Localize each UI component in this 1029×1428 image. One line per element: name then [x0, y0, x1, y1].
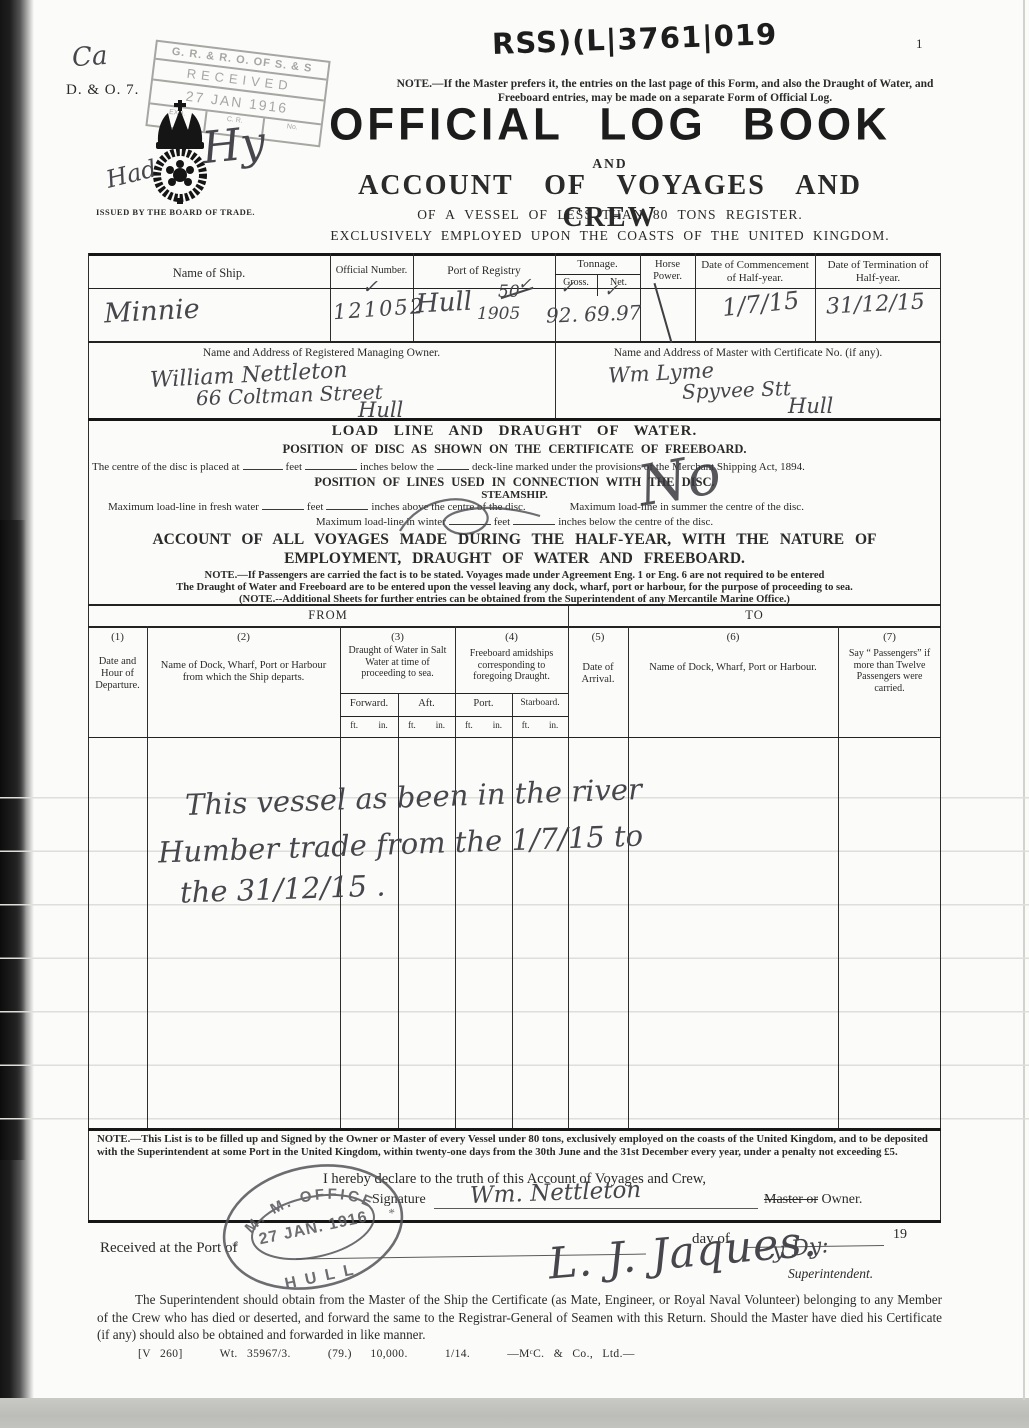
value-owner-street: 66 Coltman Street [196, 380, 383, 411]
col5-label: Date of Arrival. [569, 662, 627, 686]
value-port-year: 1905 [477, 304, 520, 324]
sub-forward: Forward. [340, 698, 398, 709]
col3-number: (3) [340, 631, 455, 643]
col1-number: (1) [88, 631, 147, 643]
voyage-entry-line3: the 31/12/15 . [179, 868, 385, 909]
account-note3: (NOTE.--Additional Sheets for further en… [88, 594, 941, 605]
units-port: ft.in. [455, 720, 512, 730]
units-aft: ft.in. [398, 720, 455, 730]
col6-number: (6) [628, 631, 838, 643]
fresh-seg1: Maximum load-line in fresh water [108, 501, 259, 513]
declaration-note: NOTE.—This List is to be filled up and S… [97, 1133, 937, 1159]
master-or-struck: Master or [764, 1192, 818, 1207]
voyage-from-label: FROM [88, 608, 568, 623]
value-official-number: 121052 [332, 294, 426, 324]
value-commencement: 1/7/15 [721, 286, 801, 322]
sub-port: Port. [455, 698, 512, 709]
header-managing-owner: Name and Address of Registered Managing … [88, 347, 555, 359]
oval-stamp-star-left: * [231, 1238, 240, 1254]
header-tonnage: Tonnage. [555, 258, 640, 270]
tick-gross: ✓ [560, 278, 574, 298]
centre-seg3: inches below the [360, 461, 434, 473]
col7-label: Say “ Passengers” if more than Twelve Pa… [841, 648, 938, 694]
page-number: 1 [916, 36, 923, 52]
page-title: OFFICIAL LOG BOOK [320, 99, 900, 151]
account-title-line1: ACCOUNT OF ALL VOYAGES MADE DURING THE H… [88, 531, 941, 549]
account-title-line2: EMPLOYMENT, DRAUGHT OF WATER AND FREEBOA… [88, 550, 941, 568]
value-master-street: Spyvee Stt [682, 376, 792, 404]
col1-label: Date and Hour of Departure. [89, 656, 146, 692]
crest-caption: ISSUED BY THE BOARD OF TRADE. [96, 207, 255, 217]
col2-label: Name of Dock, Wharf, Port or Harbour fro… [152, 660, 335, 684]
col3-label: Draught of Water in Salt Water at time o… [343, 645, 452, 680]
header-master: Name and Address of Master with Certific… [555, 347, 941, 359]
oval-stamp-bottom-text: HULL [283, 1260, 363, 1293]
tick-official-number: ✓ [362, 276, 378, 298]
unit-ft: ft. [408, 720, 416, 730]
coast-line: EXCLUSIVELY EMPLOYED UPON THE COASTS OF … [320, 228, 900, 244]
units-forward: ft.in. [340, 720, 398, 730]
printer-imprint: [V 260] Wt. 35967/3. (79.) 10,000. 1/14.… [138, 1348, 635, 1360]
units-starboard: ft.in. [512, 720, 568, 730]
deputy-mark: y Dy: [771, 1233, 830, 1264]
header-termination: Date of Termination of Half-year. [817, 259, 939, 285]
header-official-number: Official Number. [330, 265, 413, 276]
header-port-of-registry: Port of Registry [413, 265, 555, 277]
value-master-town: Hull [788, 394, 833, 418]
loadline-centre-line: The centre of the disc is placed atfeeti… [92, 458, 941, 473]
sub-starboard: Starboard. [512, 698, 568, 708]
mm-office-oval-stamp: M. M. OFFICE 27 JAN. 1916 HULL * * [206, 1142, 420, 1313]
header-horse-power: Horse Power. [641, 259, 694, 283]
unit-in: in. [549, 720, 558, 730]
value-name-of-ship: Minnie [103, 294, 200, 330]
loadline-position-disc: POSITION OF DISC AS SHOWN ON THE CERTIFI… [88, 442, 941, 457]
superintendent-footnote: The Superintendent should obtain from th… [97, 1291, 942, 1344]
scanned-page: Ca D. & O. 7. G. R. & R. O. OF S. & S RE… [0, 0, 1029, 1428]
superintendent-label: Superintendent. [788, 1266, 873, 1282]
horse-power-slash-mark [653, 283, 672, 343]
form-code: D. & O. 7. [66, 82, 139, 99]
header-commencement: Date of Commencement of Half-year. [697, 259, 813, 285]
loadline-title: LOAD LINE AND DRAUGHT OF WATER. [88, 423, 941, 440]
col2-number: (2) [147, 631, 340, 643]
owner-kept: Owner. [822, 1192, 863, 1207]
vessel-line: OF A VESSEL OF LESS THAN 80 TONS REGISTE… [320, 207, 900, 223]
master-or-owner: Master or Owner. [764, 1192, 862, 1208]
archival-reference: RSS)(L|3761|019 [491, 17, 777, 61]
fresh-seg2: feet [307, 501, 323, 513]
unit-in: in. [378, 720, 387, 730]
header-name-of-ship: Name of Ship. [88, 266, 330, 281]
unit-ft: ft. [350, 720, 358, 730]
unit-in: in. [436, 720, 445, 730]
winter-seg3: inches below the centre of the disc. [558, 516, 713, 528]
tick-net: ✓ [604, 281, 618, 301]
unit-ft: ft. [465, 720, 473, 730]
unit-in: in. [493, 720, 502, 730]
voyage-to-label: TO [568, 608, 941, 623]
oval-stamp-star-right: * [387, 1205, 396, 1221]
col6-label: Name of Dock, Wharf, Port or Harbour. [628, 662, 838, 674]
account-note2: The Draught of Water and Freeboard are t… [88, 582, 941, 593]
col4-number: (4) [455, 631, 568, 643]
value-tonnage: 92. 69.97 [546, 300, 642, 327]
account-note1: NOTE.—If Passengers are carried the fact… [88, 570, 941, 581]
received-prefix: Received at the Port of [100, 1240, 237, 1257]
col5-number: (5) [568, 631, 628, 643]
signature-owner: Wm. Nettleton [470, 1177, 642, 1209]
sub-aft: Aft. [398, 698, 455, 709]
col7-number: (7) [838, 631, 941, 643]
page-bottom-edge [0, 1398, 1029, 1428]
col4-label: Freeboard amidships corresponding to for… [458, 648, 565, 683]
centre-seg1: The centre of the disc is placed at [92, 461, 240, 473]
ink-initials-right: Hy [200, 117, 268, 174]
centre-seg2: feet [286, 461, 302, 473]
corner-mark: Ca [71, 41, 108, 73]
received-year: 19 [893, 1227, 907, 1243]
page-right-edge [1023, 0, 1025, 1400]
value-termination: 31/12/15 [825, 289, 925, 319]
value-port-of-registry: Hull [415, 287, 473, 320]
value-owner-town: Hull [358, 398, 403, 422]
page-subtitle: ACCOUNT OF VOYAGES AND CREW [320, 170, 900, 234]
masthead-note-line1: NOTE.—If the Master prefers it, the entr… [397, 78, 934, 90]
unit-ft: ft. [522, 720, 530, 730]
